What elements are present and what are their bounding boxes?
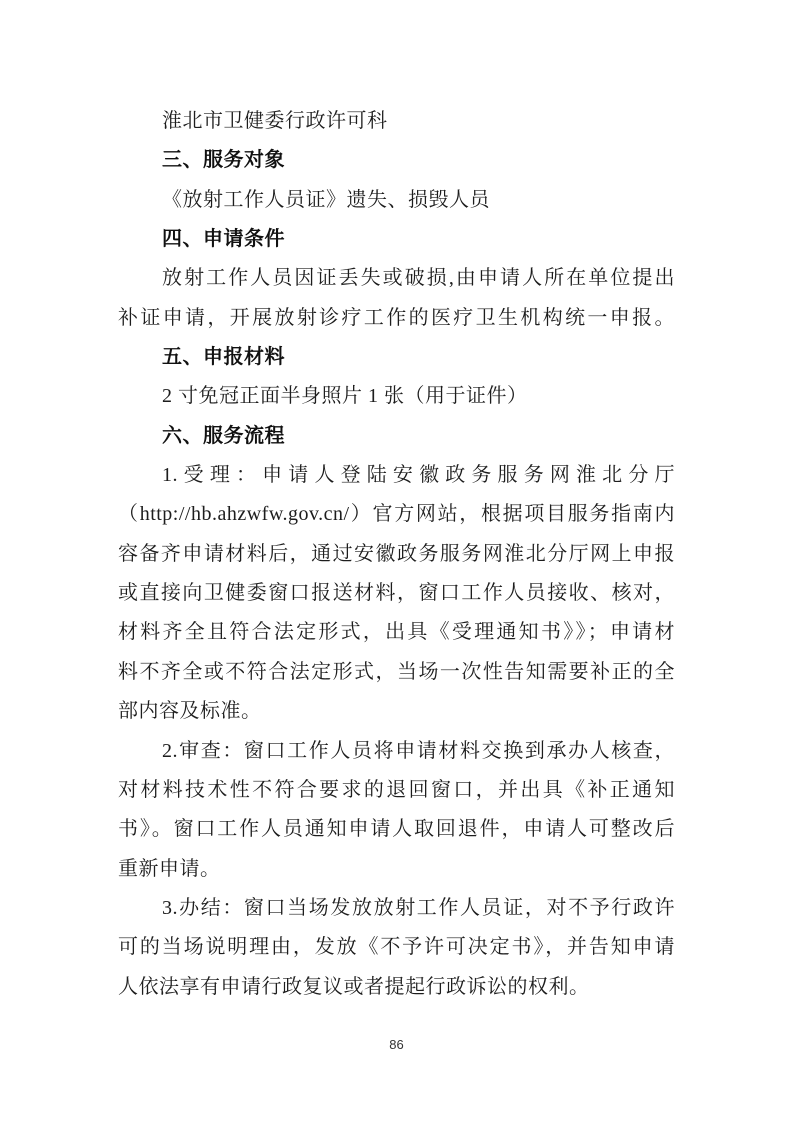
text-line: 3.办结：窗口当场发放放射工作人员证，对不予行政许 xyxy=(118,889,675,928)
section-heading: 六、服务流程 xyxy=(118,417,675,456)
section-heading: 三、服务对象 xyxy=(118,141,675,180)
text-line: 2.审查：窗口工作人员将申请材料交换到承办人核查， xyxy=(118,732,675,771)
text-line: 容备齐申请材料后，通过安徽政务服务网淮北分厅网上申报 xyxy=(118,535,675,574)
text-line: 《放射工作人员证》遗失、损毁人员 xyxy=(118,181,675,220)
text-line: 对材料技术性不符合要求的退回窗口，并出具《补正通知 xyxy=(118,771,675,810)
page-number: 86 xyxy=(0,1037,793,1052)
text-line: 书》。窗口工作人员通知申请人取回退件，申请人可整改后 xyxy=(118,810,675,849)
text-line: 部内容及标准。 xyxy=(118,692,675,731)
text-line: 人依法享有申请行政复议或者提起行政诉讼的权利。 xyxy=(118,968,675,1007)
document-page: 淮北市卫健委行政许可科三、服务对象《放射工作人员证》遗失、损毁人员四、申请条件放… xyxy=(0,0,793,1122)
text-line: 2 寸免冠正面半身照片 1 张（用于证件） xyxy=(118,377,675,416)
text-line: 可的当场说明理由，发放《不予许可决定书》，并告知申请 xyxy=(118,928,675,967)
text-line: 料不齐全或不符合法定形式，当场一次性告知需要补正的全 xyxy=(118,653,675,692)
text-line: 重新申请。 xyxy=(118,850,675,889)
section-heading: 四、申请条件 xyxy=(118,220,675,259)
text-line: 材料齐全且符合法定形式，出具《受理通知书》》；申请材 xyxy=(118,613,675,652)
text-line: （http://hb.ahzwfw.gov.cn/）官方网站，根据项目服务指南内 xyxy=(118,495,675,534)
text-line: 补证申请，开展放射诊疗工作的医疗卫生机构统一申报。 xyxy=(118,299,675,338)
text-line: 淮北市卫健委行政许可科 xyxy=(118,102,675,141)
document-body: 淮北市卫健委行政许可科三、服务对象《放射工作人员证》遗失、损毁人员四、申请条件放… xyxy=(118,102,675,1007)
section-heading: 五、申报材料 xyxy=(118,338,675,377)
text-line: 1.受理：申请人登陆安徽政务服务网淮北分厅 xyxy=(118,456,675,495)
text-line: 或直接向卫健委窗口报送材料，窗口工作人员接收、核对， xyxy=(118,574,675,613)
text-line: 放射工作人员因证丢失或破损,由申请人所在单位提出 xyxy=(118,259,675,298)
